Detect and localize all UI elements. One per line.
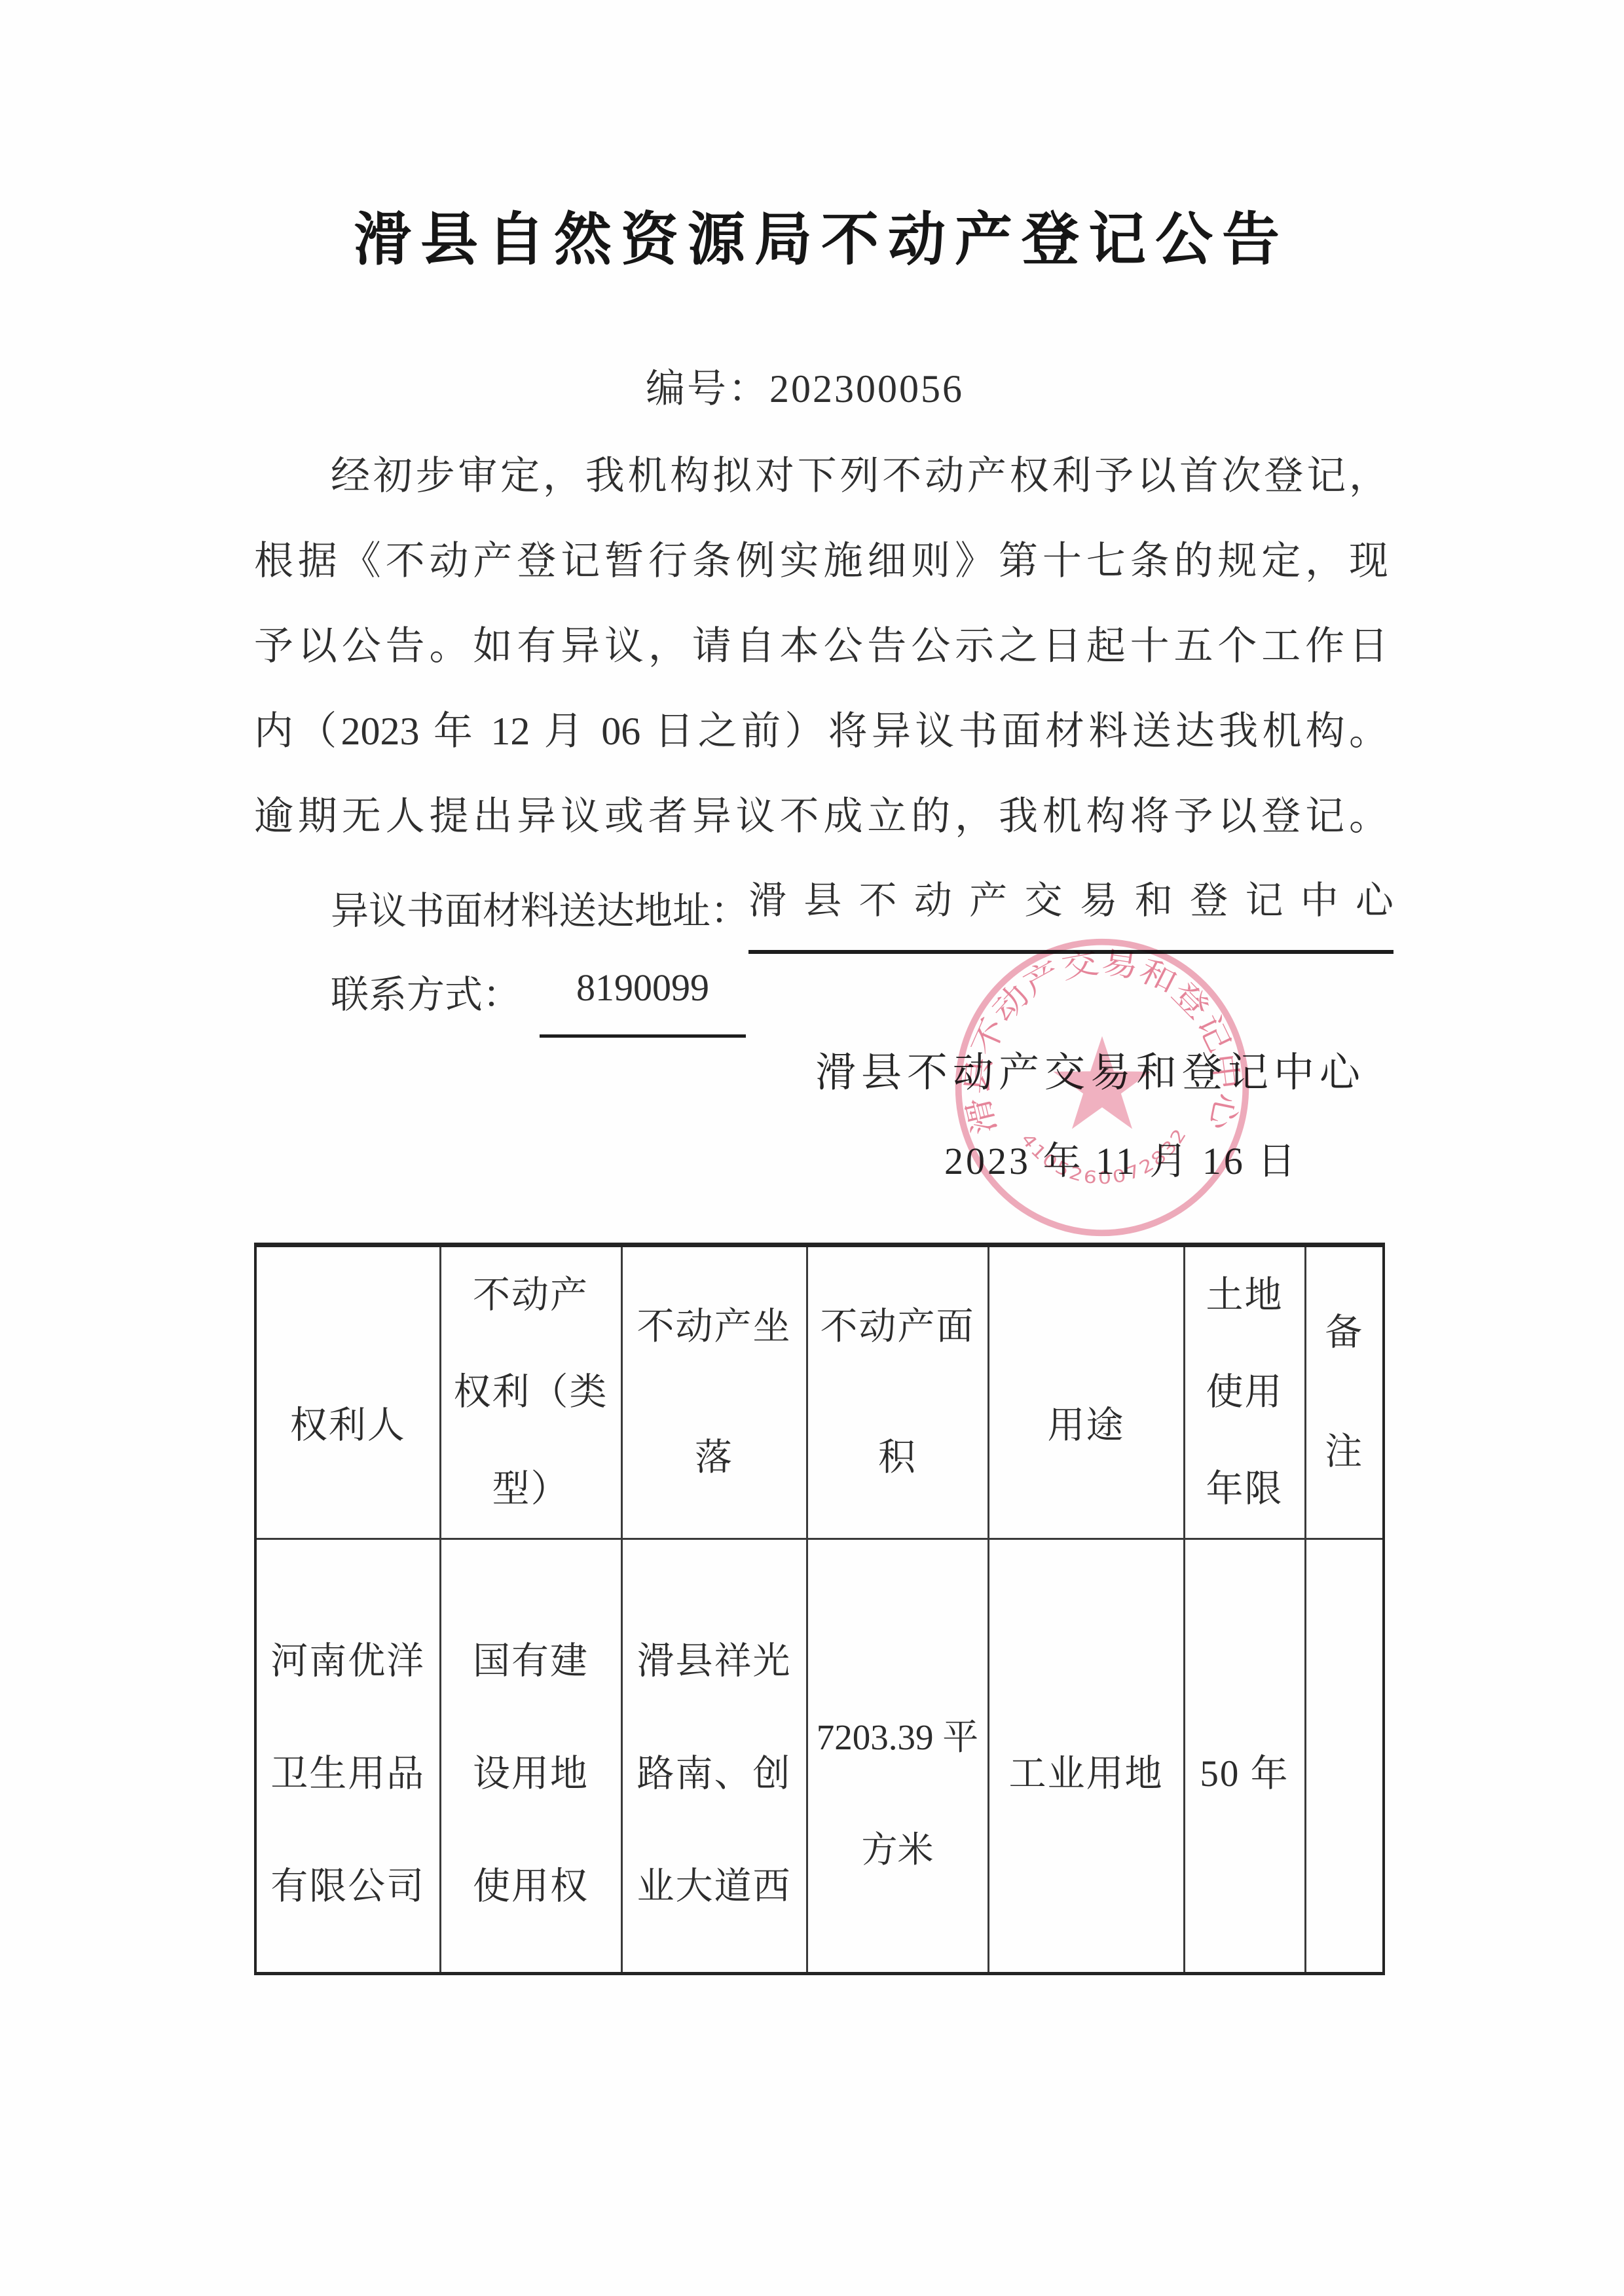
- cell-right-type: 国有建 设用地 使用权: [440, 1539, 621, 1974]
- cell-location: 滑县祥光 路南、创 业大道西: [621, 1539, 807, 1974]
- col-header-use: 用途: [988, 1245, 1184, 1539]
- contact-line: 联系方式： 8190099: [254, 945, 746, 1038]
- col-header-location: 不动产坐 落: [621, 1245, 807, 1539]
- col-header-right-type: 不动产 权利（类 型）: [440, 1245, 621, 1539]
- col-header-land-term: 土地 使用 年限: [1184, 1245, 1305, 1539]
- address-label: 异议书面材料送达地址：: [331, 869, 748, 954]
- contact-value-underlined: 8190099: [540, 945, 746, 1038]
- table-row: 河南优洋 卫生用品 有限公司 国有建 设用地 使用权 滑县祥光 路南、创 业大道…: [255, 1539, 1384, 1974]
- seal-number-holder: 4105260072832: [1017, 1123, 1192, 1188]
- property-registration-table: 权利人 不动产 权利（类 型） 不动产坐 落 不动产面 积 用途 土地 使用 年…: [254, 1243, 1385, 1975]
- cell-area: 7203.39 平 方米: [807, 1539, 988, 1974]
- notice-body: 经初步审定，我机构拟对下列不动产权利予以首次登记， 根据《不动产登记暂行条例实施…: [254, 433, 1388, 859]
- document-number: 编号：202300056: [646, 364, 964, 414]
- table-header-row: 权利人 不动产 权利（类 型） 不动产坐 落 不动产面 积 用途 土地 使用 年…: [255, 1245, 1384, 1539]
- cell-rights-holder: 河南优洋 卫生用品 有限公司: [255, 1539, 440, 1974]
- body-line: 经初步审定，我机构拟对下列不动产权利予以首次登记，: [254, 433, 1388, 519]
- cell-remarks: [1305, 1539, 1384, 1974]
- body-line: 根据《不动产登记暂行条例实施细则》第十七条的规定，现: [254, 519, 1388, 604]
- body-line: 予以公告。如有异议，请自本公告公示之日起十五个工作日: [254, 604, 1388, 689]
- body-line: 内（2023 年 12 月 06 日之前）将异议书面材料送达我机构。: [254, 689, 1388, 774]
- col-header-remarks: 备 注: [1305, 1245, 1384, 1539]
- official-seal: 滑县不动产交易和登记中心 4105260072832: [948, 934, 1256, 1241]
- cell-land-term: 50 年: [1184, 1539, 1305, 1974]
- contact-label: 联系方式：: [331, 953, 521, 1038]
- scanned-document-page: 滑县自然资源局不动产登记公告 编号：202300056 经初步审定，我机构拟对下…: [0, 0, 1624, 2296]
- col-header-area: 不动产面 积: [807, 1245, 988, 1539]
- col-header-rights-holder: 权利人: [255, 1245, 440, 1539]
- seal-number: 4105260072832: [1017, 1123, 1192, 1188]
- seal-star-icon: [1053, 1036, 1151, 1129]
- body-line: 逾期无人提出异议或者异议不成立的，我机构将予以登记。: [254, 774, 1388, 859]
- page-title: 滑县自然资源局不动产登记公告: [254, 204, 1388, 275]
- cell-use: 工业用地: [988, 1539, 1184, 1974]
